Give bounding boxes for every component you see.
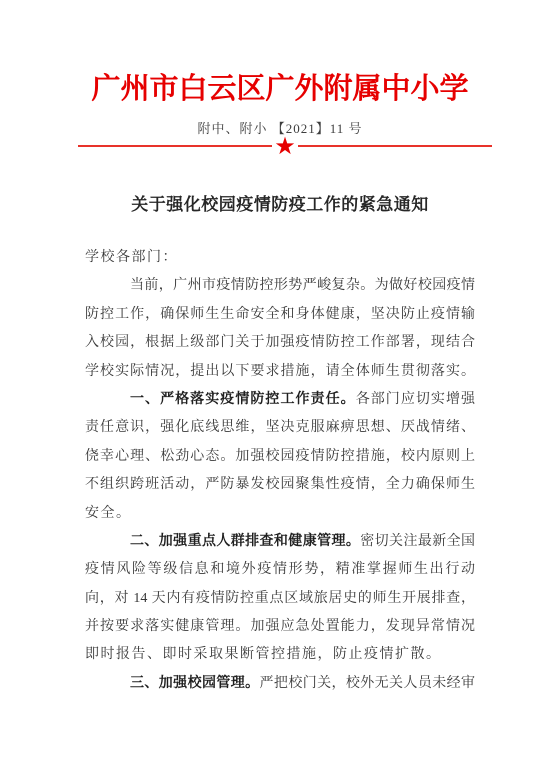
body-text: 责任意识，强化底线思维，坚决克服麻痹思想、厌战情绪、 [85, 420, 475, 435]
body-text: 严把校门关，校外无关人员未经审 [260, 676, 475, 691]
body-line: 二、加强重点人群排查和健康管理。密切关注最新全国 [85, 528, 475, 556]
body-text: 学校各部门： [85, 250, 178, 265]
body-text: 不组织跨班活动，严防暴发校园聚集性疫情，全力确保师生 [85, 477, 475, 492]
school-name-header: 广州市白云区广外附属中小学 [80, 66, 480, 107]
body-text: 学校实际情况，提出以下要求措施，请全体师生贯彻落实。 [85, 364, 475, 379]
body-line: 责任意识，强化底线思维，坚决克服麻痹思想、厌战情绪、 [85, 414, 475, 442]
body-line: 学校实际情况，提出以下要求措施，请全体师生贯彻落实。 [85, 358, 475, 386]
red-header-rule: ★ [78, 133, 492, 159]
body-line: 学校各部门： [85, 244, 475, 272]
body-line: 侥幸心理、松劲心态。加强校园疫情防控措施，校内原则上 [85, 443, 475, 471]
body-line: 向，对 14 天内有疫情防控重点区域旅居史的师生开展排查， [85, 585, 475, 613]
rule-right-segment [298, 145, 492, 147]
document-page: 广州市白云区广外附属中小学 附中、附小 【2021】11 号 ★ 关于强化校园疫… [0, 0, 553, 781]
notice-body: 学校各部门：当前，广州市疫情防控形势严峻复杂。为做好校园疫情防控工作，确保师生生… [85, 244, 475, 698]
section-heading-text: 一、严格落实疫情防控工作责任。 [130, 392, 356, 407]
body-text: 当前，广州市疫情防控形势严峻复杂。为做好校园疫情 [130, 278, 475, 293]
body-line: 一、严格落实疫情防控工作责任。各部门应切实增强 [85, 386, 475, 414]
body-line: 即时报告、即时采取果断管控措施，防止疫情扩散。 [85, 641, 475, 669]
body-text: 密切关注最新全国 [360, 534, 475, 549]
body-text: 安全。 [85, 506, 132, 521]
body-text: 并按要求落实健康管理。加强应急处置能力，发现异常情况 [85, 619, 475, 634]
body-line: 不组织跨班活动，严防暴发校园聚集性疫情，全力确保师生 [85, 471, 475, 499]
body-text: 侥幸心理、松劲心态。加强校园疫情防控措施，校内原则上 [85, 449, 475, 464]
body-text: 即时报告、即时采取果断管控措施，防止疫情扩散。 [85, 647, 442, 662]
body-text: 向，对 14 天内有疫情防控重点区域旅居史的师生开展排查， [85, 591, 475, 606]
body-text: 各部门应切实增强 [356, 392, 475, 407]
section-heading-text: 三、加强校园管理。 [130, 676, 260, 691]
rule-left-segment [78, 145, 272, 147]
body-line: 安全。 [85, 500, 475, 528]
body-line: 当前，广州市疫情防控形势严峻复杂。为做好校园疫情 [85, 272, 475, 300]
body-text: 疫情风险等级信息和境外疫情形势，精准掌握师生出行动 [85, 562, 475, 577]
body-text: 防控工作，确保师生生命安全和身体健康，坚决防止疫情输 [85, 307, 475, 322]
body-line: 并按要求落实健康管理。加强应急处置能力，发现异常情况 [85, 613, 475, 641]
body-line: 疫情风险等级信息和境外疫情形势，精准掌握师生出行动 [85, 556, 475, 584]
body-text: 入校园，根据上级部门关于加强疫情防控工作部署，现结合 [85, 335, 475, 350]
body-line: 入校园，根据上级部门关于加强疫情防控工作部署，现结合 [85, 329, 475, 357]
body-line: 三、加强校园管理。严把校门关，校外无关人员未经审 [85, 670, 475, 698]
star-icon: ★ [272, 133, 298, 159]
section-heading-text: 二、加强重点人群排查和健康管理。 [130, 534, 360, 549]
body-line: 防控工作，确保师生生命安全和身体健康，坚决防止疫情输 [85, 301, 475, 329]
notice-title: 关于强化校园疫情防疫工作的紧急通知 [85, 190, 475, 215]
